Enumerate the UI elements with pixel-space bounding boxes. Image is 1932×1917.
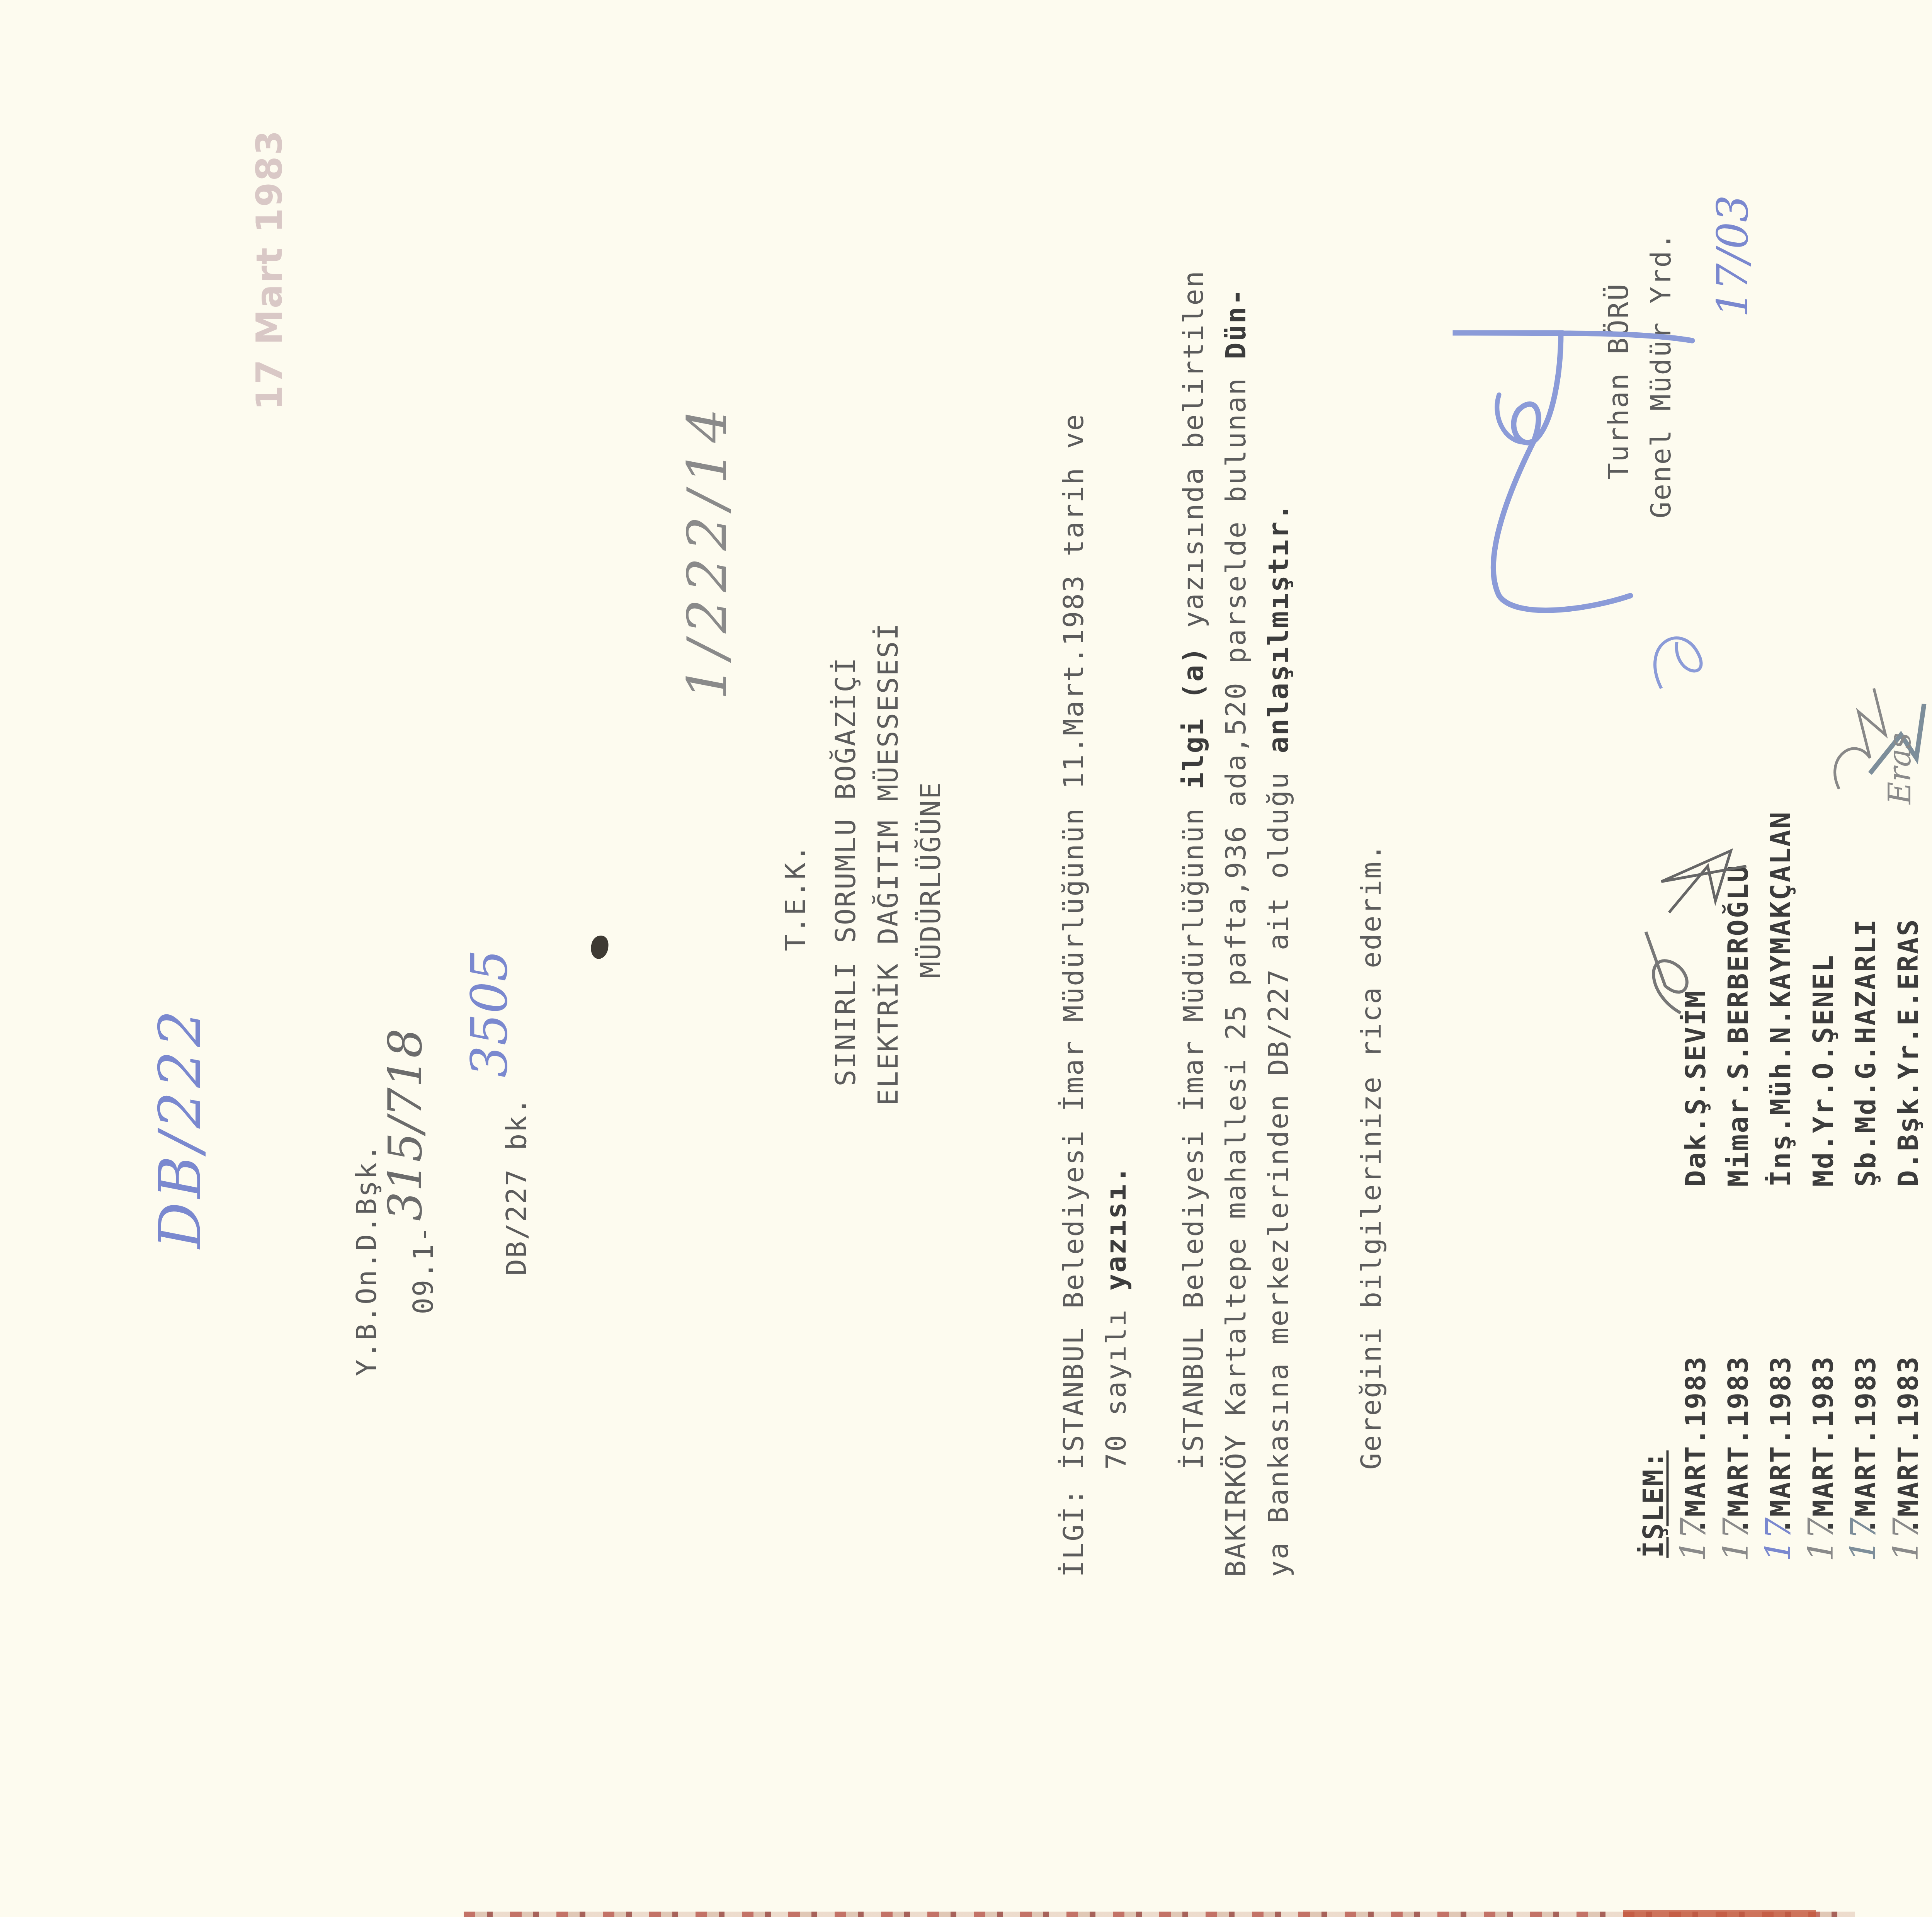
body-line1-c: yazısında belirtilen — [1177, 270, 1209, 646]
islem-date: .MART.1983 — [1804, 1356, 1842, 1534]
addressee-line2: SINIRLI SORUMLU BOĞAZİÇİ — [827, 657, 864, 1086]
ilgi-line1: İLGİ: İSTANBUL Belediyesi İmar Müdürlüğü… — [1055, 413, 1092, 1577]
sender-ref-handwritten: 315/718 — [379, 1029, 432, 1221]
pencil-ref-note: 1/222/14 — [676, 401, 739, 700]
blue-ref-note: DB/222 — [147, 1006, 214, 1249]
sender-ref-typed: 09.1- — [407, 1225, 439, 1315]
body-line2-a: BAKIRKÖY Kartaltepe mahallesi 25 pafta,9… — [1219, 359, 1252, 1577]
addressee-line3: ELEKTRİK DAĞITIM MÜESSESESİ — [869, 622, 906, 1106]
ilgi-line2-text: 70 sayılı — [1100, 1291, 1132, 1577]
body-line3-a: ya Bankasına merkezlerinden DB/227 ait o… — [1262, 754, 1294, 1577]
islem-heading: İŞLEM: — [1634, 1450, 1672, 1558]
body-line1-a: İSTANBUL Belediyesi İmar Müdürlüğünün — [1177, 789, 1209, 1577]
ink-blot — [591, 936, 609, 959]
ilgi-line2: 70 sayılı yazısı. — [1097, 1165, 1134, 1577]
signature-date: 17/03 — [1708, 195, 1757, 317]
islem-date: .MART.1983 — [1677, 1356, 1714, 1534]
sender-ref-line2: 09.1- 315/718 — [390, 1029, 444, 1315]
body-line3: ya Bankasına merkezlerinden DB/227 ait o… — [1260, 503, 1297, 1577]
body-line2: BAKIRKÖY Kartaltepe mahallesi 25 pafta,9… — [1217, 287, 1254, 1577]
body-line1-b: ilgi (a) — [1177, 646, 1209, 789]
received-stamp: 17 Mart 1983 — [251, 129, 288, 410]
sender-ref-line3: DB/227 bk. 3505 — [479, 965, 538, 1276]
islem-day: 17 — [1928, 1517, 1932, 1562]
initial-eras: Eras — [1882, 733, 1918, 804]
db-ref-typed: DB/227 bk. — [500, 1097, 532, 1276]
addressee-line1: T.E.K. — [777, 844, 814, 951]
islem-date: .MART.1983 — [1847, 1356, 1884, 1534]
body-line1: İSTANBUL Belediyesi İmar Müdürlüğünün il… — [1175, 270, 1212, 1577]
islem-date: .MART.1983 — [1889, 1356, 1927, 1534]
registry-number-handwritten: 3505 — [460, 950, 519, 1078]
addressee-line4: MÜDÜRLÜĞÜNE — [912, 781, 949, 978]
islem-date: .MART.1983 — [1762, 1356, 1799, 1534]
body-line2-b: Dün- — [1219, 287, 1252, 359]
ilgi-line2-bold: yazısı. — [1100, 1165, 1132, 1291]
islem-date: .MART.1983 — [1719, 1356, 1757, 1534]
letter-page: 17 Mart 1983 1/222/14 DB/222 Y.B.On.D.Bş… — [0, 0, 1932, 1917]
body-line3-b: anlaşılmıştır. — [1262, 503, 1294, 754]
closing-line: Gereğini bilgilerinize rica ederim. — [1352, 843, 1389, 1577]
